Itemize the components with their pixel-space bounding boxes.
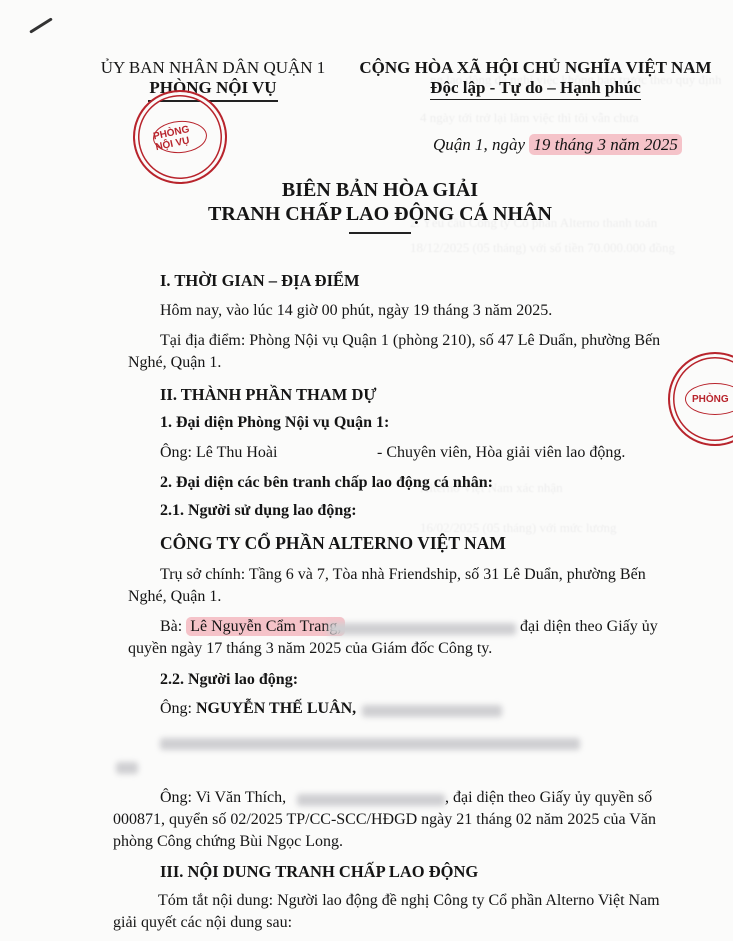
title-line2: TRANH CHẤP LAO ĐỘNG CÁ NHÂN (160, 202, 600, 226)
subsection-employer: 2.1. Người sử dụng lao động: (160, 502, 357, 520)
employer-representative: Bà: Lê Nguyễn Cẩm Trang, (160, 618, 345, 636)
section-2-heading: II. THÀNH PHẦN THAM DỰ (160, 385, 377, 405)
proxy-suffix: , đại diện theo Giấy ủy quyền số (445, 789, 652, 807)
redacted-field (328, 623, 516, 635)
rep-suffix: đại diện theo Giấy ủy (520, 618, 658, 636)
motto-line2: Độc lập - Tự do – Hạnh phúc (430, 78, 641, 100)
section-1-heading: I. THỜI GIAN – ĐỊA ĐIỂM (160, 271, 360, 291)
mediator-role: - Chuyên viên, Hòa giải viên lao động. (377, 444, 625, 462)
title-underline (349, 232, 411, 234)
motto-line1: CỘNG HÒA XÃ HỘI CHỦ NGHĨA VIỆT NAM (348, 58, 723, 78)
authority-line1: ỦY BAN NHÂN DÂN QUẬN 1 (88, 58, 338, 78)
document-title: BIÊN BẢN HÒA GIẢI TRANH CHẤP LAO ĐỘNG CÁ… (160, 178, 600, 234)
section-1-place-line2: Nghé, Quận 1. (128, 354, 221, 372)
rep-line2: quyền ngày 17 tháng 3 năm 2025 của Giám … (128, 640, 492, 658)
company-name: CÔNG TY CỔ PHẦN ALTERNO VIỆT NAM (160, 533, 506, 554)
subsection-mediator: 1. Đại diện Phòng Nội vụ Quận 1: (160, 414, 389, 432)
company-hq-line2: Nghé, Quận 1. (128, 588, 221, 606)
proxy-line3: phòng Công chứng Bùi Ngọc Long. (113, 833, 343, 851)
issuing-authority: ỦY BAN NHÂN DÂN QUẬN 1 PHÒNG NỘI VỤ (88, 58, 338, 102)
seal-center-text: PHÒNG NỘI VỤ (152, 121, 207, 153)
pen-mark (29, 17, 53, 33)
redacted-address-tail (116, 762, 138, 774)
section-1-time: Hôm nay, vào lúc 14 giờ 00 phút, ngày 19… (160, 302, 552, 320)
employee-name: NGUYỄN THẾ LUÂN, (196, 700, 356, 717)
date-line: Quận 1, ngày 19 tháng 3 năm 2025 (433, 135, 682, 155)
proxy-prefix: Ông: Vi Văn Thích, (160, 789, 286, 807)
proxy-line2: 000871, quyển số 02/2025 TP/CC-SCC/HĐGD … (113, 811, 656, 829)
redacted-field (297, 794, 445, 806)
authority-line2: PHÒNG NỘI VỤ (88, 78, 338, 98)
document-page: ng lao động đã nghỉ việc không báo trước… (0, 0, 733, 941)
rep-prefix: Bà: (160, 618, 186, 635)
section-3-heading: III. NỘI DUNG TRANH CHẤP LAO ĐỘNG (160, 862, 478, 882)
redacted-address (160, 738, 580, 750)
mediator-name: Ông: Lê Thu Hoài (160, 444, 277, 462)
title-line1: BIÊN BẢN HÒA GIẢI (160, 178, 600, 202)
subsection-parties: 2. Đại diện các bên tranh chấp lao động … (160, 474, 493, 492)
national-motto: CỘNG HÒA XÃ HỘI CHỦ NGHĨA VIỆT NAM Độc l… (348, 58, 723, 100)
employee-line: Ông: NGUYỄN THẾ LUÂN, (160, 700, 356, 718)
date-highlight: 19 tháng 3 năm 2025 (529, 134, 682, 155)
section-1-place-line1: Tại địa điểm: Phòng Nội vụ Quận 1 (phòng… (160, 332, 660, 350)
company-hq-line1: Trụ sở chính: Tầng 6 và 7, Tòa nhà Frien… (160, 566, 646, 584)
rep-name-highlight: Lê Nguyễn Cẩm Trang, (186, 617, 345, 636)
employee-prefix: Ông: (160, 700, 196, 717)
partial-seal-text: PHÒNG (692, 394, 729, 405)
subsection-employee: 2.2. Người lao động: (160, 671, 298, 689)
date-prefix: Quận 1, ngày (433, 135, 529, 154)
redacted-field (362, 705, 502, 717)
section-3-line1: Tóm tắt nội dung: Người lao động đề nghị… (158, 892, 660, 910)
section-3-line2: giải quyết các nội dung sau: (113, 914, 292, 932)
partial-seal-icon: PHÒNG (668, 352, 733, 446)
official-seal-icon: PHÒNG NỘI VỤ (130, 87, 230, 187)
